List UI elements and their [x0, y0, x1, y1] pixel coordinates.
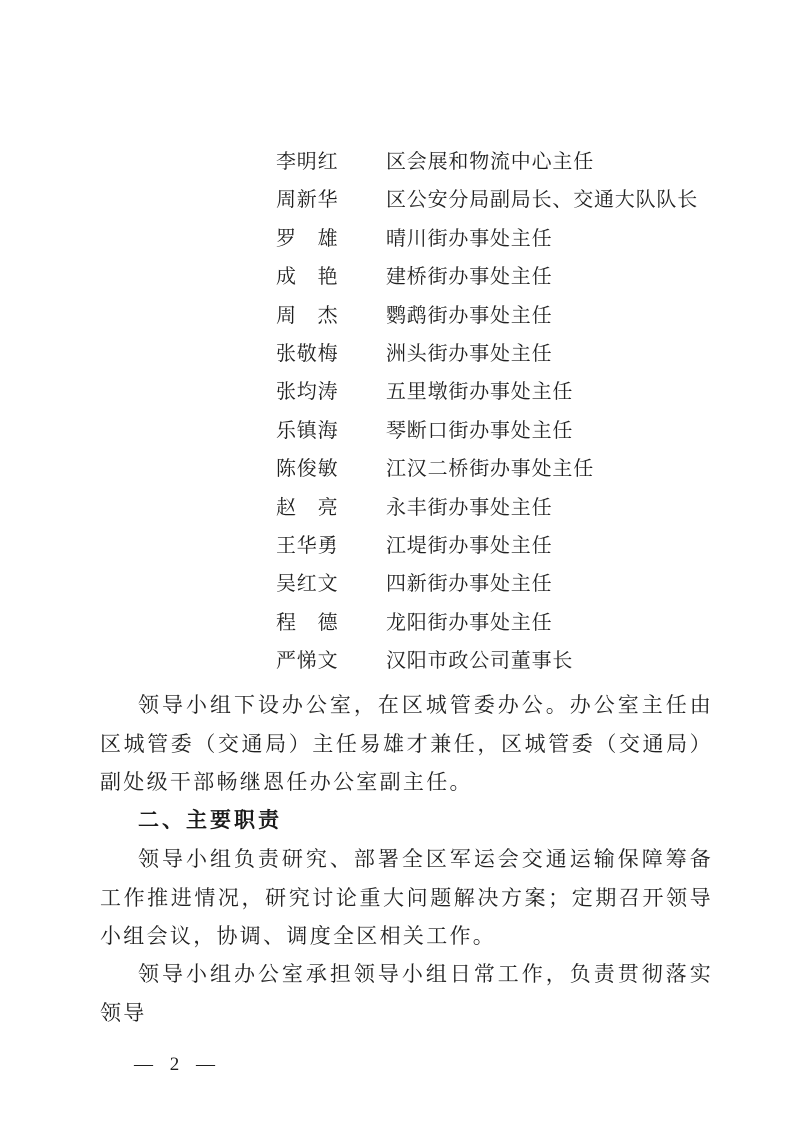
person-name: 张均涛	[276, 373, 386, 411]
person-title: 四新街办事处主任	[386, 565, 552, 603]
roster-row: 成 艳 建桥街办事处主任	[276, 258, 713, 296]
person-name: 陈俊敏	[276, 450, 386, 488]
person-title: 汉阳市政公司董事长	[386, 642, 573, 680]
person-name: 张敬梅	[276, 335, 386, 373]
roster-row: 张均涛 五里墩街办事处主任	[276, 373, 713, 411]
person-title: 江堤街办事处主任	[386, 527, 552, 565]
person-name: 赵 亮	[276, 489, 386, 527]
roster-row: 严悌文 汉阳市政公司董事长	[276, 642, 713, 680]
person-name: 乐镇海	[276, 412, 386, 450]
person-title: 区公安分局副局长、交通大队队长	[386, 181, 698, 219]
roster-row: 王华勇 江堤街办事处主任	[276, 527, 713, 565]
roster-row: 周 杰 鹦鹉街办事处主任	[276, 297, 713, 335]
person-title: 晴川街办事处主任	[386, 220, 552, 258]
paragraph-office-daily: 领导小组办公室承担领导小组日常工作，负责贯彻落实领导	[100, 955, 713, 1032]
roster-row: 乐镇海 琴断口街办事处主任	[276, 412, 713, 450]
roster-row: 李明红 区会展和物流中心主任	[276, 143, 713, 181]
person-name: 成 艳	[276, 258, 386, 296]
person-title: 江汉二桥街办事处主任	[386, 450, 594, 488]
roster-row: 陈俊敏 江汉二桥街办事处主任	[276, 450, 713, 488]
roster-row: 罗 雄 晴川街办事处主任	[276, 220, 713, 258]
document-page: 李明红 区会展和物流中心主任 周新华 区公安分局副局长、交通大队队长 罗 雄 晴…	[0, 0, 793, 1122]
person-title: 鹦鹉街办事处主任	[386, 297, 552, 335]
person-title: 琴断口街办事处主任	[386, 412, 573, 450]
roster-row: 程 德 龙阳街办事处主任	[276, 604, 713, 642]
person-name: 李明红	[276, 143, 386, 181]
person-name: 程 德	[276, 604, 386, 642]
paragraph-main-duties: 领导小组负责研究、部署全区军运会交通运输保障筹备工作推进情况，研究讨论重大问题解…	[100, 840, 713, 955]
person-title: 建桥街办事处主任	[386, 258, 552, 296]
person-name: 王华勇	[276, 527, 386, 565]
person-name: 罗 雄	[276, 220, 386, 258]
person-title: 龙阳街办事处主任	[386, 604, 552, 642]
paragraph-office-setup: 领导小组下设办公室，在区城管委办公。办公室主任由区城管委（交通局）主任易雄才兼任…	[100, 686, 713, 801]
person-name: 吴红文	[276, 565, 386, 603]
roster-row: 吴红文 四新街办事处主任	[276, 565, 713, 603]
roster-row: 周新华 区公安分局副局长、交通大队队长	[276, 181, 713, 219]
person-title: 五里墩街办事处主任	[386, 373, 573, 411]
roster-row: 张敬梅 洲头街办事处主任	[276, 335, 713, 373]
person-title: 区会展和物流中心主任	[386, 143, 594, 181]
roster-row: 赵 亮 永丰街办事处主任	[276, 489, 713, 527]
section-heading-duties: 二、主要职责	[138, 802, 713, 840]
person-title: 永丰街办事处主任	[386, 489, 552, 527]
roster-list: 李明红 区会展和物流中心主任 周新华 区公安分局副局长、交通大队队长 罗 雄 晴…	[276, 143, 713, 680]
page-number-footer: — 2 —	[134, 1054, 713, 1076]
document-content: 李明红 区会展和物流中心主任 周新华 区公安分局副局长、交通大队队长 罗 雄 晴…	[0, 0, 793, 1076]
person-name: 周新华	[276, 181, 386, 219]
person-name: 周 杰	[276, 297, 386, 335]
person-title: 洲头街办事处主任	[386, 335, 552, 373]
person-name: 严悌文	[276, 642, 386, 680]
